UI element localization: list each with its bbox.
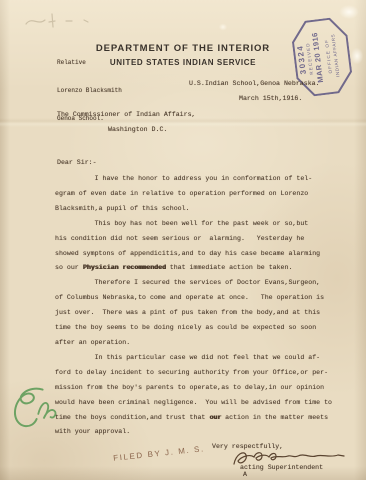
body-line: showed symptons of appendicitis,and to d… [55,247,335,262]
body-line: after an operation. [55,336,335,351]
salutation: Dear Sir:- [57,159,97,166]
body-line: time the boy seems to be doing nicely as… [55,321,335,336]
body-line: Blacksmith,a pupil of this school. [55,202,335,217]
body-line: egram of even date in relative to operat… [55,187,335,202]
signer-title: acting Superintendent [240,464,323,471]
pencil-mark [22,8,118,34]
body-line: Therefore I secured the services of Doct… [55,276,335,291]
body-line: his condition did not seem serious or al… [55,232,335,247]
green-initials-annotation [6,382,67,438]
body-line: This boy has not been well for the past … [55,217,335,232]
dateline-place: U.S.Indian School,Genoa Nebraska. [189,80,320,87]
body-line: just over. There was a pint of pus taken… [55,306,335,321]
recipient-line2: Washington D.C. [108,126,167,133]
body-line: mission from the boy's parents to operat… [55,381,335,396]
body-line: with your approval. [55,425,335,440]
body-line: of Columbus Nebraska,to come and operate… [55,291,335,306]
body-text: I have the honor to address you in confo… [55,172,335,440]
body-line: ford to delay incident to securing autho… [55,366,335,381]
stray-typed-character: A [243,471,247,478]
body-line: In this particular case we did not feel … [55,351,335,366]
body-line: would have been criminal negligence. You… [55,396,335,411]
body-line: I have the honor to address you in confo… [55,172,335,187]
dateline-date: March 15th,1916. [239,95,302,102]
body-line: so our Physician recommended that immedi… [55,261,335,276]
reference-line: Lorenzo Blacksmith [57,86,122,95]
body-line: time the boys condition,and trust that o… [55,411,335,426]
recipient-line1: The Commissioner of Indian Affairs, [57,111,196,118]
